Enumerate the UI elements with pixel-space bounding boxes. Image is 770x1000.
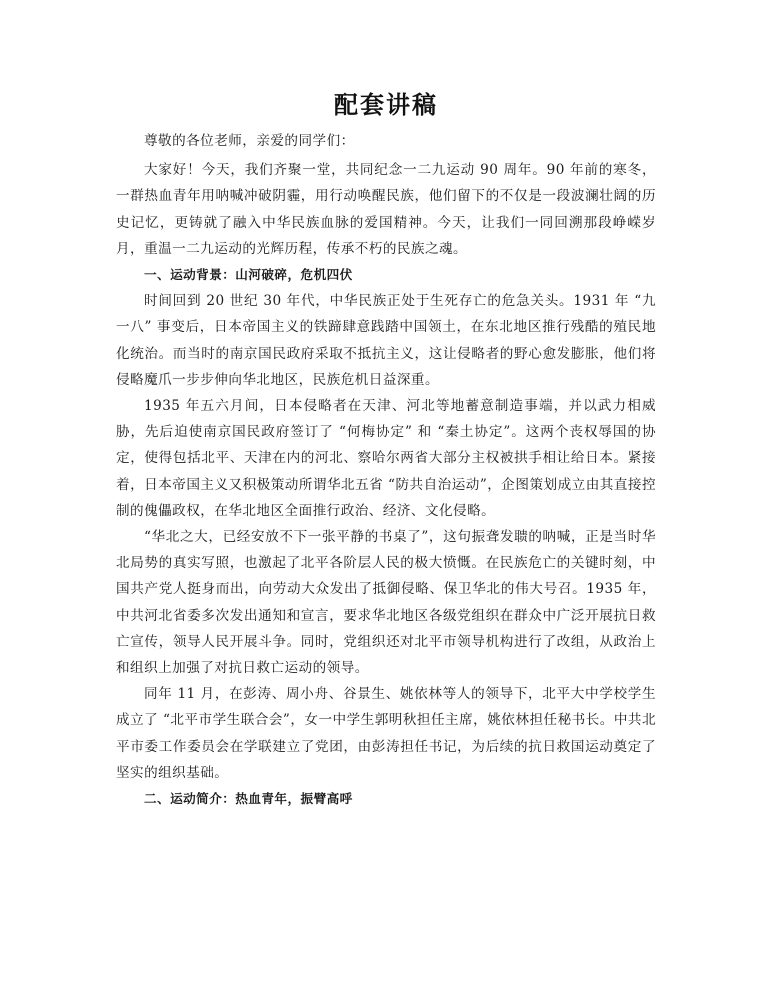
body-paragraph: “华北之大，已经安放不下一张平静的书桌了”，这句振聋发聩的呐喊，正是当时华北局势…	[116, 524, 656, 681]
salutation: 尊敬的各位老师，亲爱的同学们：	[116, 128, 656, 154]
body-paragraph: 1935 年五六月间，日本侵略者在天津、河北等地蓄意制造事端，并以武力相威胁，先…	[116, 393, 656, 524]
body-paragraph: 同年 11 月，在彭涛、周小舟、谷景生、姚依林等人的领导下，北平大中学校学生成立…	[116, 681, 656, 786]
section-heading: 一、运动背景：山河破碎，危机四伏	[116, 262, 656, 288]
section-background: 一、运动背景：山河破碎，危机四伏 时间回到 20 世纪 30 年代，中华民族正处…	[116, 262, 656, 786]
document-title: 配套讲稿	[116, 88, 656, 122]
section-introduction: 二、运动简介：热血青年，振臂高呼	[116, 786, 656, 812]
section-heading: 二、运动简介：热血青年，振臂高呼	[116, 786, 656, 812]
intro-paragraph: 大家好！今天，我们齐聚一堂，共同纪念一二九运动 90 周年。90 年前的寒冬，一…	[116, 157, 656, 262]
body-paragraph: 时间回到 20 世纪 30 年代，中华民族正处于生死存亡的危急关头。1931 年…	[116, 288, 656, 393]
document-page: 配套讲稿 尊敬的各位老师，亲爱的同学们： 大家好！今天，我们齐聚一堂，共同纪念一…	[116, 88, 656, 812]
